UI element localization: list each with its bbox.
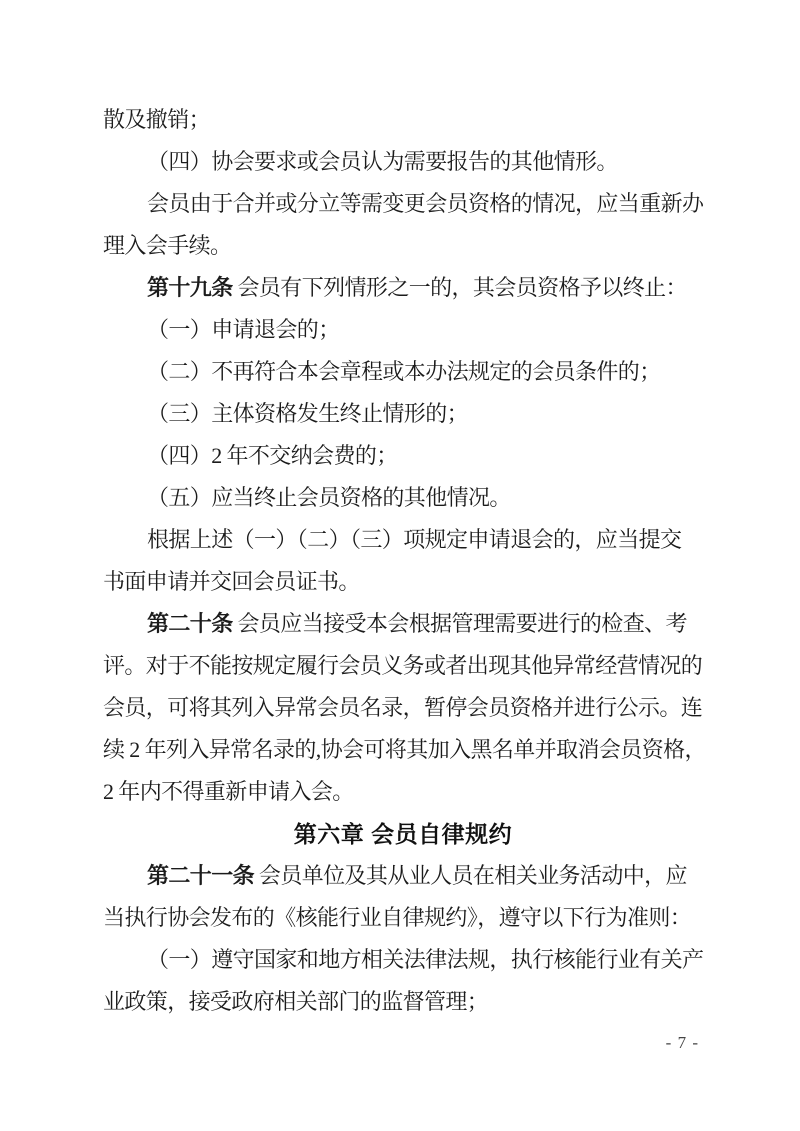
text-line: 第十九条 会员有下列情形之一的，其会员资格予以终止： <box>103 267 703 309</box>
article-number: 第十九条 <box>147 275 233 300</box>
text-line: （三）主体资格发生终止情形的； <box>103 393 703 435</box>
text-line: 评。对于不能按规定履行会员义务或者出现其他异常经营情况的 <box>103 645 703 687</box>
text-line: （五）应当终止会员资格的其他情况。 <box>103 477 703 519</box>
text-line: 会员，可将其列入异常会员名录，暂停会员资格并进行公示。连 <box>103 687 703 729</box>
text-line: 第二十条 会员应当接受本会根据管理需要进行的检查、考 <box>103 603 703 645</box>
text-line: （四）2 年不交纳会费的； <box>103 435 703 477</box>
text-line: 第二十一条 会员单位及其从业人员在相关业务活动中，应 <box>103 855 703 897</box>
page-number: - 7 - <box>666 1031 699 1055</box>
document-body: 散及撤销；（四）协会要求或会员认为需要报告的其他情形。会员由于合并或分立等需变更… <box>103 99 703 1023</box>
text-line: 根据上述（一）（二）（三）项规定申请退会的，应当提交 <box>103 519 703 561</box>
text-line: 续 2 年列入异常名录的,协会可将其加入黑名单并取消会员资格， <box>103 729 703 771</box>
text-line: 业政策，接受政府相关部门的监督管理； <box>103 981 703 1023</box>
text-line: （一）遵守国家和地方相关法律法规，执行核能行业有关产 <box>103 939 703 981</box>
text-line: 2 年内不得重新申请入会。 <box>103 771 703 813</box>
text-line: 当执行协会发布的《核能行业自律规约》，遵守以下行为准则： <box>103 897 703 939</box>
text-line: 会员由于合并或分立等需变更会员资格的情况，应当重新办 <box>103 183 703 225</box>
text-line: （一）申请退会的； <box>103 309 703 351</box>
text-line: 理入会手续。 <box>103 225 703 267</box>
chapter-heading: 第六章 会员自律规约 <box>103 813 703 855</box>
text-line: 散及撤销； <box>103 99 703 141</box>
text-line: （四）协会要求或会员认为需要报告的其他情形。 <box>103 141 703 183</box>
article-number: 第二十一条 <box>147 863 254 888</box>
text-line: 书面申请并交回会员证书。 <box>103 561 703 603</box>
document-page: 散及撤销；（四）协会要求或会员认为需要报告的其他情形。会员由于合并或分立等需变更… <box>0 0 800 1131</box>
article-number: 第二十条 <box>147 611 233 636</box>
text-line: （二）不再符合本会章程或本办法规定的会员条件的； <box>103 351 703 393</box>
